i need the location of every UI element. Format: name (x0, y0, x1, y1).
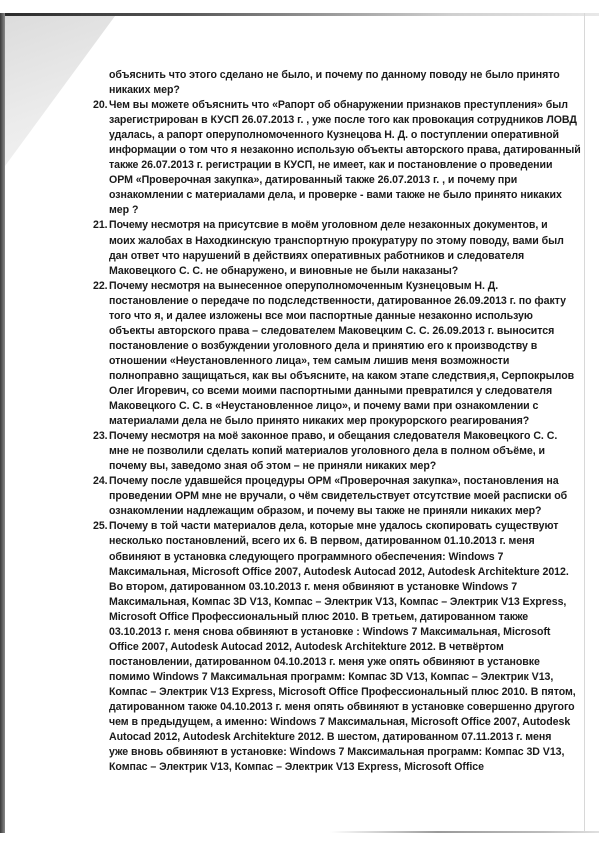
text-line: почему вы, заведомо зная об этом – не пр… (109, 459, 557, 474)
text-line: объекты авторского права – следователем … (109, 324, 574, 339)
item-text: Почему в той части материалов дела, кото… (109, 519, 576, 775)
scan-edge-left (0, 13, 5, 833)
text-line: Office 2007, Autodesk Autocad 2012, Auto… (109, 640, 576, 655)
numbered-list: 20.Чем вы можете объяснить что «Рапорт о… (93, 98, 548, 775)
text-line: Чем вы можете объяснить что «Рапорт об о… (109, 98, 581, 113)
list-item: 22.Почему несмотря на вынесенное оперупо… (93, 279, 548, 429)
item-text: Почему несмотря на моё законное право, и… (109, 429, 557, 474)
list-item: 23.Почему несмотря на моё законное право… (93, 429, 548, 474)
document-body: объяснить что этого сделано не было, и п… (93, 68, 548, 775)
text-line: Компас – Электрик V13, Компас – Электрик… (109, 760, 576, 775)
text-line: ОРМ «Проверочная закупка», датированный … (109, 173, 581, 188)
text-line: уже вновь обвиняют в установке: Windows … (109, 745, 576, 760)
text-line: ознакомлении надлежащим образом, и почем… (109, 504, 567, 519)
list-item: 20.Чем вы можете объяснить что «Рапорт о… (93, 98, 548, 218)
scan-edge-right (584, 13, 585, 833)
item-number: 23. (93, 429, 109, 474)
text-line: материалами дела не было принято никаких… (109, 414, 574, 429)
text-line: несколько постановлений, всего их 6. В п… (109, 534, 576, 549)
text-line: полноправно защищаться, как вы объясните… (109, 369, 574, 384)
text-line: удалась, а рапорт оперуполномоченного Ку… (109, 128, 581, 143)
scan-edge-top (0, 13, 599, 16)
item-text: Почему несмотря на присутсвие в моём уго… (109, 218, 564, 278)
text-line: Microsoft Office Профессиональный плюс 2… (109, 610, 576, 625)
text-line: Почему в той части материалов дела, кото… (109, 519, 576, 534)
item-text: Почему после удавшейся процедуры ОРМ «Пр… (109, 474, 567, 519)
text-line: ознакомлении с материалами дела, и прове… (109, 188, 581, 203)
text-line: Компас – Электрик V13 Express, Microsoft… (109, 685, 576, 700)
item-number: 24. (93, 474, 109, 519)
text-line: никаких мер? (109, 83, 548, 98)
text-line: Олег Игоревич, со всеми моими паспортным… (109, 384, 574, 399)
text-line: Autocad 2012, Autodesk Architekture 2012… (109, 730, 576, 745)
text-line: объяснить что этого сделано не было, и п… (109, 68, 548, 83)
continuation-paragraph: объяснить что этого сделано не было, и п… (93, 68, 548, 98)
text-line: помимо Windows 7 Максимальная программ: … (109, 670, 576, 685)
text-line: постановлении, датированном 04.10.2013 г… (109, 655, 576, 670)
text-line: Почему несмотря на вынесенное оперуполно… (109, 279, 574, 294)
text-line: мне не позволили сделать копий материало… (109, 444, 557, 459)
text-line: отношении «Неустановленного лица», тем с… (109, 354, 574, 369)
text-line: Маковецкого С. С. в «Неустановленное лиц… (109, 399, 574, 414)
item-text: Почему несмотря на вынесенное оперуполно… (109, 279, 574, 429)
text-line: Почему несмотря на присутсвие в моём уго… (109, 218, 564, 233)
text-line: 03.10.2013 г. меня снова обвиняют в уста… (109, 625, 576, 640)
text-line: Во втором, датированном 03.10.2013 г. ме… (109, 580, 576, 595)
text-line: моих жалобах в Находкинскую транспортную… (109, 234, 564, 249)
item-number: 22. (93, 279, 109, 429)
text-line: Максимальная, Microsoft Office 2007, Aut… (109, 565, 576, 580)
list-item: 24.Почему после удавшейся процедуры ОРМ … (93, 474, 548, 519)
text-line: информации о том что я незаконно использ… (109, 143, 581, 158)
list-item: 25.Почему в той части материалов дела, к… (93, 519, 548, 775)
text-line: Максимальная, Компас 3D V13, Компас – Эл… (109, 595, 576, 610)
text-line: также 26.07.2013 г. регистрации в КУСП, … (109, 158, 581, 173)
text-line: постановление о передаче по подследствен… (109, 294, 574, 309)
scan-edge-bottom (330, 831, 599, 833)
item-number: 20. (93, 98, 109, 218)
item-number: 21. (93, 218, 109, 278)
text-line: датированном также 04.10.2013 г. меня оп… (109, 700, 576, 715)
text-line: Почему после удавшейся процедуры ОРМ «Пр… (109, 474, 567, 489)
text-line: дан ответ что нарушений в действиях опер… (109, 249, 564, 264)
text-line: Почему несмотря на моё законное право, и… (109, 429, 557, 444)
text-line: мер ? (109, 203, 581, 218)
text-line: Маковецкого С. С. не обнаружено, и винов… (109, 264, 564, 279)
text-line: проведении ОРМ мне не вручали, о чём сви… (109, 489, 567, 504)
text-line: того что я, и далее изложены все мои пас… (109, 309, 574, 324)
text-line: постановление о возбуждении уголовного д… (109, 339, 574, 354)
text-line: зарегистрирован в КУСП 26.07.2013 г. , у… (109, 113, 581, 128)
item-text: Чем вы можете объяснить что «Рапорт об о… (109, 98, 581, 218)
text-line: чем в предыдущем, а именно: Windows 7 Ма… (109, 715, 576, 730)
list-item: 21.Почему несмотря на присутсвие в моём … (93, 218, 548, 278)
item-number: 25. (93, 519, 109, 775)
text-line: обвиняют в установка следующего программ… (109, 550, 576, 565)
